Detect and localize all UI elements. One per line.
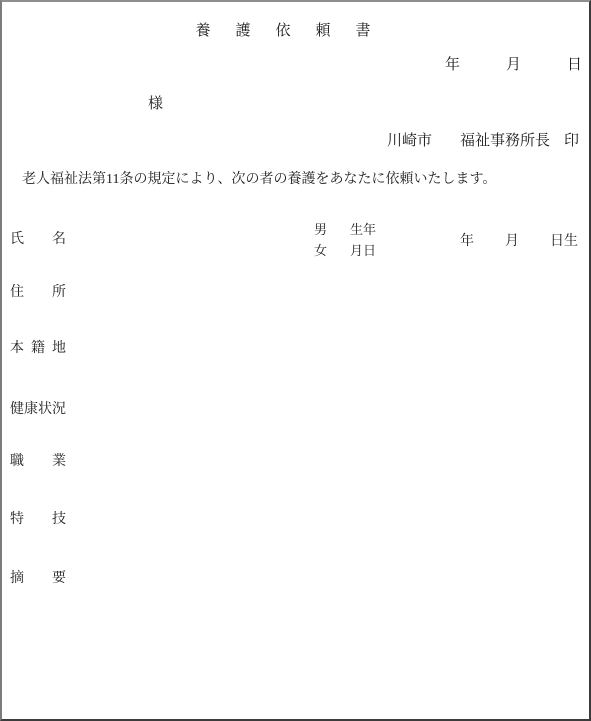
birth-date-label-line2: 月日 — [350, 240, 376, 261]
birth-day-suffix-label: 日生 — [550, 234, 578, 249]
sex-option-female: 女 — [314, 240, 327, 261]
sex-options-column: 男 女 — [314, 219, 327, 261]
birth-date-line: 年 月 日生 — [460, 234, 578, 249]
intro-sentence: 老人福祉法第11条の規定により、次の者の養護をあなたに依頼いたします。 — [22, 171, 496, 188]
sender-seal-label: 印 — [564, 133, 579, 149]
field-label-special-skill: 特技 — [10, 512, 66, 527]
birth-month-label: 月 — [505, 234, 519, 249]
issue-date-year-label: 年 — [445, 58, 460, 73]
field-label-registered-domicile: 本籍地 — [10, 341, 66, 356]
care-request-form-page: 養護依頼書 年 月 日 様 川崎市 福祉事務所長 印 老人福祉法第11条の規定に… — [0, 0, 591, 721]
addressee-honorific: 様 — [148, 96, 163, 112]
field-label-name: 氏名 — [10, 232, 66, 247]
birth-year-label: 年 — [460, 234, 474, 249]
field-label-health-condition: 健康状況 — [10, 402, 66, 417]
field-label-occupation: 職業 — [10, 454, 66, 469]
sex-option-male: 男 — [314, 219, 327, 240]
birth-date-label-column: 生年 月日 — [350, 219, 376, 261]
form-title: 養護依頼書 — [2, 23, 589, 40]
issue-date-month-label: 月 — [506, 58, 521, 73]
birth-date-label-line1: 生年 — [350, 219, 376, 240]
sender-city: 川崎市 — [387, 133, 432, 149]
sender-line: 川崎市 福祉事務所長 印 — [387, 133, 579, 149]
issue-date-day-label: 日 — [567, 58, 582, 73]
field-label-remarks: 摘要 — [10, 571, 66, 586]
field-label-address: 住所 — [10, 285, 66, 300]
issue-date-line: 年 月 日 — [445, 58, 582, 73]
sender-office-title: 福祉事務所長 — [460, 133, 550, 149]
